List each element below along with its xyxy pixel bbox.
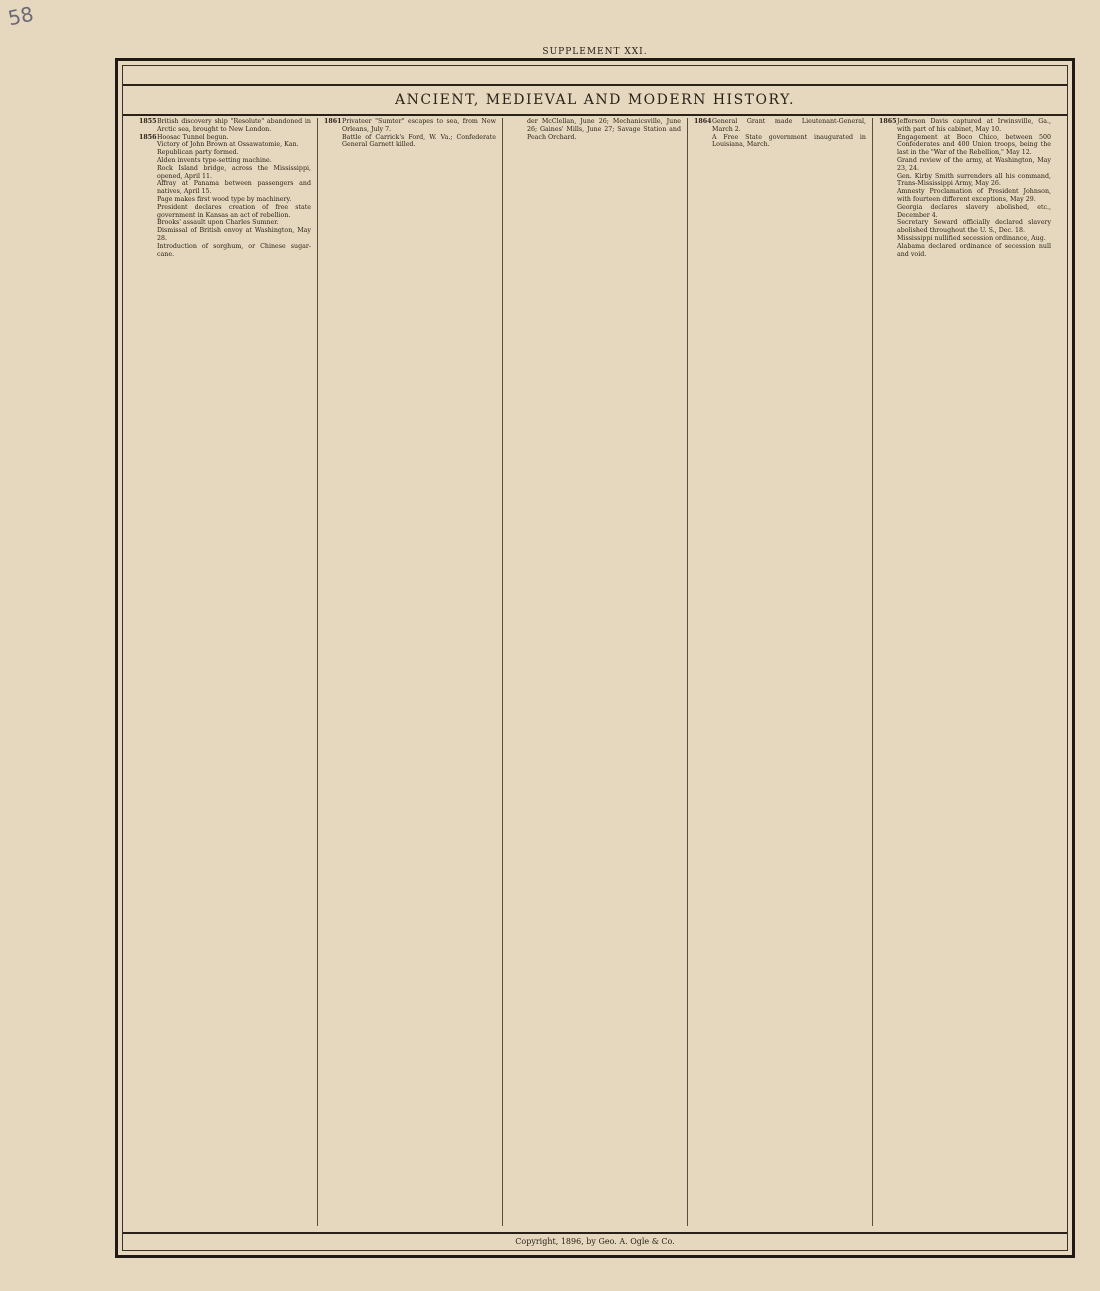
entry-year xyxy=(139,243,157,259)
entry-text: Privateer "Sumter" escapes to sea, from … xyxy=(342,118,496,134)
entry-year xyxy=(139,180,157,196)
entry-year xyxy=(139,204,157,220)
history-entry: Rock Island bridge, across the Mississip… xyxy=(139,165,311,181)
entry-text: Georgia declares slavery abolished, etc.… xyxy=(897,204,1051,220)
history-columns: 1855British discovery ship "Resolute" ab… xyxy=(133,118,1057,1226)
history-entry: 1856Hoosac Tunnel begun. xyxy=(139,134,311,142)
history-entry: Secretary Seward officially declared sla… xyxy=(879,219,1051,235)
entry-text: Victory of John Brown at Ossawatomie, Ka… xyxy=(157,141,311,149)
history-entry: Affray at Panama between passengers and … xyxy=(139,180,311,196)
column-5: 1865Jefferson Davis captured at Irwinsvi… xyxy=(872,118,1057,1226)
entry-text: Dismissal of British envoy at Washington… xyxy=(157,227,311,243)
entry-year xyxy=(879,219,897,235)
history-entry: Georgia declares slavery abolished, etc.… xyxy=(879,204,1051,220)
history-entry: Page makes first wood type by machinery. xyxy=(139,196,311,204)
entry-year xyxy=(139,165,157,181)
entry-text: Engagement at Boco Chico, between 500 Co… xyxy=(897,134,1051,157)
entry-year: 1864 xyxy=(694,118,712,134)
history-entry: 1865Jefferson Davis captured at Irwinsvi… xyxy=(879,118,1051,134)
history-entry: 1861Privateer "Sumter" escapes to sea, f… xyxy=(324,118,496,134)
history-entry: Brooks' assault upon Charles Sumner. xyxy=(139,219,311,227)
entry-text: Affray at Panama between passengers and … xyxy=(157,180,311,196)
entry-year xyxy=(324,134,342,150)
history-entry: 1855British discovery ship "Resolute" ab… xyxy=(139,118,311,134)
history-entry: Amnesty Proclamation of President Johnso… xyxy=(879,188,1051,204)
entry-text: der McClellan, June 26; Mechanicsville, … xyxy=(527,118,681,141)
page-number: 58 xyxy=(6,2,36,31)
entry-text: Mississippi nullified secession ordinanc… xyxy=(897,235,1051,243)
entry-text: Gen. Kirby Smith surrenders all his comm… xyxy=(897,173,1051,189)
entry-year xyxy=(879,173,897,189)
history-entry: Gen. Kirby Smith surrenders all his comm… xyxy=(879,173,1051,189)
history-entry: Engagement at Boco Chico, between 500 Co… xyxy=(879,134,1051,157)
entry-text: Brooks' assault upon Charles Sumner. xyxy=(157,219,311,227)
entry-text: Page makes first wood type by machinery. xyxy=(157,196,311,204)
entry-text: A Free State government inaugurated in L… xyxy=(712,134,866,150)
column-4: 1864General Grant made Lieutenant-Genera… xyxy=(687,118,872,1226)
history-entry: Alabama declared ordinance of secession … xyxy=(879,243,1051,259)
entry-year xyxy=(879,235,897,243)
column-2: 1861Privateer "Sumter" escapes to sea, f… xyxy=(317,118,502,1226)
column-1: 1855British discovery ship "Resolute" ab… xyxy=(133,118,317,1226)
history-entry: Introduction of sorghum, or Chinese suga… xyxy=(139,243,311,259)
entry-year xyxy=(879,204,897,220)
entry-text: Rock Island bridge, across the Mississip… xyxy=(157,165,311,181)
frame-inner: ANCIENT, MEDIEVAL AND MODERN HISTORY. 18… xyxy=(122,65,1068,1251)
history-entry: 1864General Grant made Lieutenant-Genera… xyxy=(694,118,866,134)
history-entry: der McClellan, June 26; Mechanicsville, … xyxy=(509,118,681,141)
entry-year xyxy=(139,219,157,227)
history-entry: President declares creation of free stat… xyxy=(139,204,311,220)
page-title: ANCIENT, MEDIEVAL AND MODERN HISTORY. xyxy=(123,84,1067,116)
entry-year xyxy=(139,196,157,204)
entry-text: Battle of Carrick's Ford, W. Va.; Confed… xyxy=(342,134,496,150)
history-entry: Victory of John Brown at Ossawatomie, Ka… xyxy=(139,141,311,149)
entry-text: Secretary Seward officially declared sla… xyxy=(897,219,1051,235)
entry-year xyxy=(879,188,897,204)
entry-text: Grand review of the army, at Washington,… xyxy=(897,157,1051,173)
column-3: der McClellan, June 26; Mechanicsville, … xyxy=(502,118,687,1226)
history-entry: Mississippi nullified secession ordinanc… xyxy=(879,235,1051,243)
entry-year xyxy=(879,134,897,157)
entry-year xyxy=(139,157,157,165)
entry-text: General Grant made Lieutenant-General, M… xyxy=(712,118,866,134)
entry-text: British discovery ship "Resolute" abando… xyxy=(157,118,311,134)
entry-text: Jefferson Davis captured at Irwinsville,… xyxy=(897,118,1051,134)
copyright: Copyright, 1896, by Geo. A. Ogle & Co. xyxy=(123,1232,1067,1246)
entry-year: 1865 xyxy=(879,118,897,134)
entry-text: Amnesty Proclamation of President Johnso… xyxy=(897,188,1051,204)
entry-text: Alabama declared ordinance of secession … xyxy=(897,243,1051,259)
history-entry: Grand review of the army, at Washington,… xyxy=(879,157,1051,173)
entry-year: 1861 xyxy=(324,118,342,134)
history-entry: Republican party formed. xyxy=(139,149,311,157)
entry-year xyxy=(694,134,712,150)
entry-year: 1855 xyxy=(139,118,157,134)
entry-text: Republican party formed. xyxy=(157,149,311,157)
entry-year xyxy=(509,118,527,141)
history-entry: A Free State government inaugurated in L… xyxy=(694,134,866,150)
supplement-label: SUPPLEMENT XXI. xyxy=(118,47,1072,57)
page-frame: SUPPLEMENT XXI. ANCIENT, MEDIEVAL AND MO… xyxy=(115,58,1075,1258)
entry-year xyxy=(139,141,157,149)
entry-year xyxy=(879,157,897,173)
entry-text: Hoosac Tunnel begun. xyxy=(157,134,311,142)
entry-year xyxy=(139,149,157,157)
entry-text: Introduction of sorghum, or Chinese suga… xyxy=(157,243,311,259)
entry-year xyxy=(139,227,157,243)
entry-year xyxy=(879,243,897,259)
entry-year: 1856 xyxy=(139,134,157,142)
history-entry: Dismissal of British envoy at Washington… xyxy=(139,227,311,243)
entry-text: President declares creation of free stat… xyxy=(157,204,311,220)
history-entry: Battle of Carrick's Ford, W. Va.; Confed… xyxy=(324,134,496,150)
entry-text: Alden invents type-setting machine. xyxy=(157,157,311,165)
history-entry: Alden invents type-setting machine. xyxy=(139,157,311,165)
